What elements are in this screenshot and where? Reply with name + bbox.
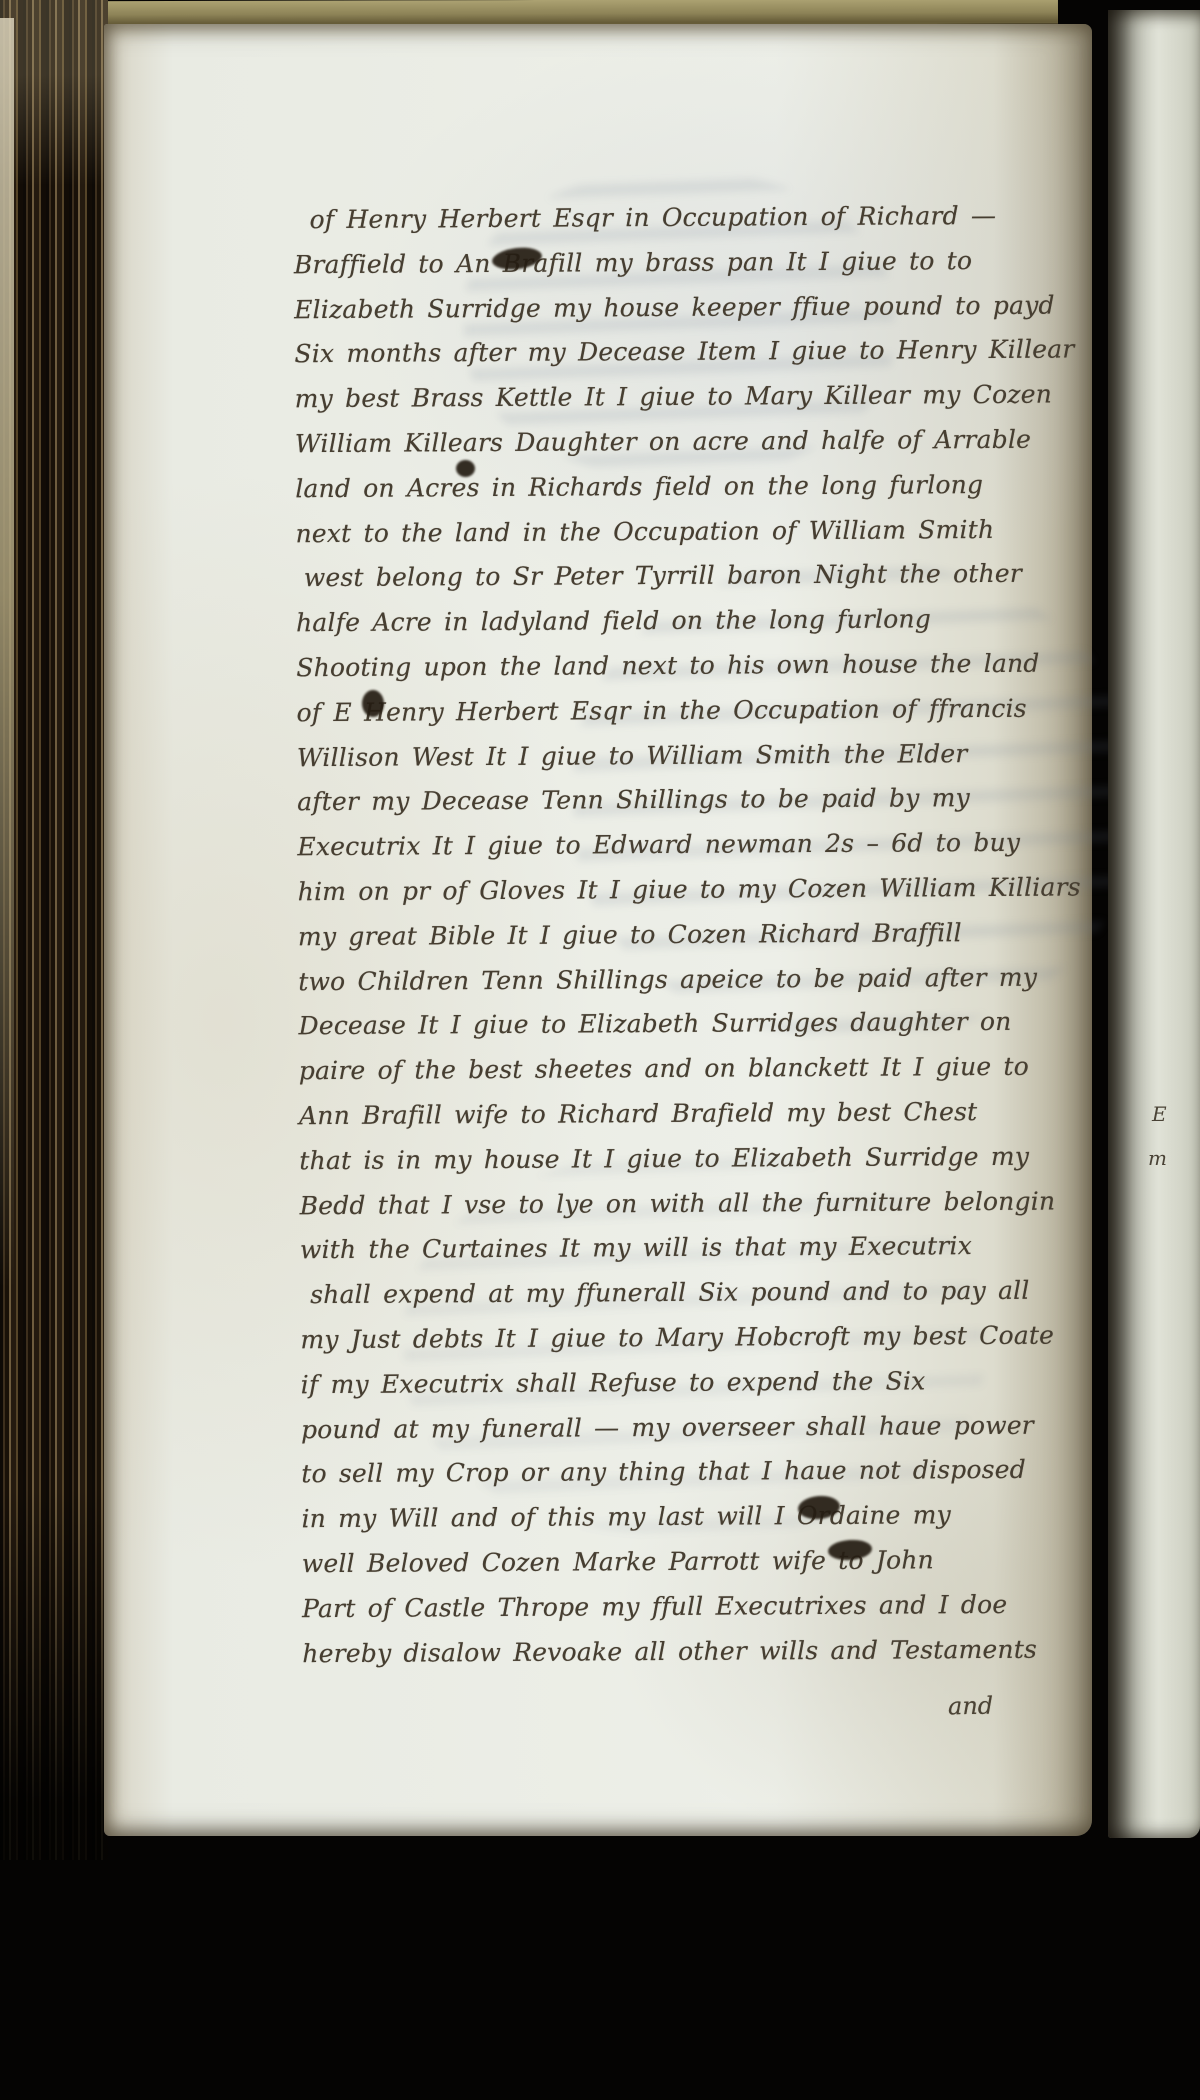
handwritten-line: my Just debts It I giue to Mary Hobcroft… (300, 1314, 1020, 1363)
page-edge-sliver (0, 18, 14, 1288)
handwritten-line: after my Decease Tenn Shillings to be pa… (297, 776, 1017, 825)
facing-page-text-fragment: m (1148, 1146, 1167, 1170)
handwritten-line: hereby disalow Revoake all other wills a… (302, 1627, 1022, 1676)
handwritten-line: pound at my funerall — my overseer shall… (301, 1403, 1021, 1452)
facing-page-text-fragment: E (1152, 1102, 1167, 1126)
handwritten-line: Willison West It I giue to William Smith… (297, 731, 1017, 780)
handwritten-line: Bedd that I vse to lye on with all the f… (300, 1179, 1020, 1228)
handwritten-line: of Henry Herbert Esqr in Occupation of R… (293, 194, 1013, 243)
handwritten-line: to sell my Crop or any thing that I haue… (301, 1448, 1021, 1497)
handwritten-line: Elizabeth Surridge my house keeper ffiue… (294, 283, 1014, 332)
handwritten-line: west belong to Sr Peter Tyrrill baron Ni… (296, 552, 1016, 601)
handwritten-line: shall expend at my ffunerall Six pound a… (300, 1269, 1020, 1318)
handwritten-line: my best Brass Kettle It I giue to Mary K… (295, 373, 1015, 422)
handwritten-line: next to the land in the Occupation of Wi… (295, 507, 1015, 556)
handwritten-line: paire of the best sheetes and on blancke… (299, 1045, 1019, 1094)
handwritten-line: my great Bible It I giue to Cozen Richar… (298, 911, 1018, 960)
handwritten-line: Braffield to An Brafill my brass pan It … (294, 239, 1014, 288)
handwritten-line: two Children Tenn Shillings apeice to be… (298, 955, 1018, 1004)
handwritten-line: him on pr of Gloves It I giue to my Coze… (298, 866, 1018, 915)
handwritten-line: Executrix It I giue to Edward newman 2s … (297, 821, 1017, 870)
book-spine (0, 0, 108, 1860)
handwritten-line: Six months after my Decease Item I giue … (294, 328, 1014, 377)
handwritten-line: of E Henry Herbert Esqr in the Occupatio… (297, 687, 1017, 736)
book-photo: of Henry Herbert Esqr in Occupation of R… (0, 0, 1200, 2100)
handwritten-line: if my Executrix shall Refuse to expend t… (301, 1359, 1021, 1408)
handwritten-line: that is in my house It I giue to Elizabe… (299, 1135, 1019, 1184)
handwritten-line: in my Will and of this my last will I Or… (301, 1493, 1021, 1542)
handwritten-line: Decease It I giue to Elizabeth Surridges… (298, 1000, 1018, 1049)
handwritten-line: well Beloved Cozen Marke Parrott wife to… (302, 1538, 1022, 1587)
handwritten-line: Part of Castle Thrope my ffull Executrix… (302, 1582, 1022, 1631)
catchword: and (948, 1692, 994, 1721)
handwritten-text: of Henry Herbert Esqr in Occupation of R… (293, 194, 1022, 1677)
ink-blot (456, 460, 475, 477)
handwritten-line: William Killears Daughter on acre and ha… (295, 418, 1015, 467)
handwritten-line: Ann Brafill wife to Richard Brafield my … (299, 1090, 1019, 1139)
handwritten-line: with the Curtaines It my will is that my… (300, 1224, 1020, 1273)
handwritten-line: Shooting upon the land next to his own h… (296, 642, 1016, 691)
handwritten-line: halfe Acre in ladyland field on the long… (296, 597, 1016, 646)
handwritten-line: land on Acres in Richards field on the l… (295, 463, 1015, 512)
ink-blot (362, 690, 384, 717)
facing-page: E m (1108, 10, 1200, 1838)
